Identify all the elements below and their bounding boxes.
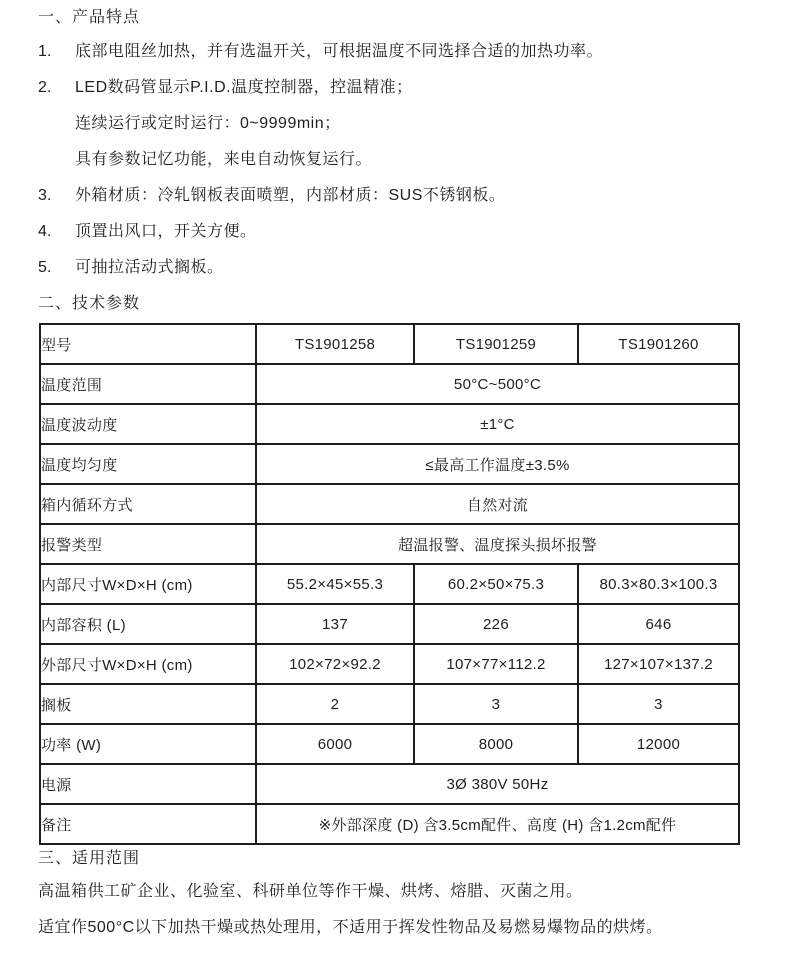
feature-item-2: 2. LED数码管显示P.I.D.温度控制器，控温精准； [38,80,762,96]
spec-value-cell: ±1°C [256,404,739,444]
table-row-power-supply: 电源 3Ø 380V 50Hz [40,764,739,804]
spec-value-cell: 8000 [414,724,578,764]
spec-value-cell: 自然对流 [256,484,739,524]
feature-item-4: 4. 顶置出风口，开关方便。 [38,224,762,240]
table-row-inner-volume: 内部容积 (L) 137 226 646 [40,604,739,644]
spec-value-cell: ※外部深度 (D) 含3.5cm配件、高度 (H) 含1.2cm配件 [256,804,739,844]
spec-label-cell: 温度均匀度 [40,444,256,484]
spec-value-cell: 55.2×45×55.3 [256,564,414,604]
spec-value-cell: 102×72×92.2 [256,644,414,684]
feature-text-continuation: 具有参数记忆功能，来电自动恢复运行。 [75,152,762,168]
table-row-power: 功率 (W) 6000 8000 12000 [40,724,739,764]
feature-text: 底部电阻丝加热，并有选温开关，可根据温度不同选择合适的加热功率。 [75,44,762,60]
table-row-circulation: 箱内循环方式 自然对流 [40,484,739,524]
spec-label-cell: 外部尺寸W×D×H (cm) [40,644,256,684]
spec-label-cell: 温度波动度 [40,404,256,444]
spec-label-cell: 温度范围 [40,364,256,404]
usage-paragraph-2: 适宜作500°C以下加热干燥或热处理用，不适用于挥发性物品及易燃易爆物品的烘烤。 [38,919,762,936]
table-row-shelves: 搁板 2 3 3 [40,684,739,724]
feature-text: 可抽拉活动式搁板。 [75,260,762,276]
feature-text: 外箱材质：冷轧钢板表面喷塑，内部材质：SUS不锈钢板。 [75,188,762,204]
spec-value-cell: 3 [414,684,578,724]
spec-label-cell: 功率 (W) [40,724,256,764]
spec-value-cell: TS1901258 [256,324,414,364]
feature-number: 5. [38,260,75,276]
table-row-model: 型号 TS1901258 TS1901259 TS1901260 [40,324,739,364]
feature-item-1: 1. 底部电阻丝加热，并有选温开关，可根据温度不同选择合适的加热功率。 [38,44,762,60]
feature-number: 4. [38,224,75,240]
table-row-inner-size: 内部尺寸W×D×H (cm) 55.2×45×55.3 60.2×50×75.3… [40,564,739,604]
spec-value-cell: 646 [578,604,739,644]
feature-item-5: 5. 可抽拉活动式搁板。 [38,260,762,276]
table-row-outer-size: 外部尺寸W×D×H (cm) 102×72×92.2 107×77×112.2 … [40,644,739,684]
table-row-alarm: 报警类型 超温报警、温度探头损坏报警 [40,524,739,564]
spec-label-cell: 型号 [40,324,256,364]
spec-value-cell: 80.3×80.3×100.3 [578,564,739,604]
feature-number: 1. [38,44,75,60]
spec-value-cell: 50°C~500°C [256,364,739,404]
spec-value-cell: 127×107×137.2 [578,644,739,684]
spec-label-cell: 箱内循环方式 [40,484,256,524]
table-row-remarks: 备注 ※外部深度 (D) 含3.5cm配件、高度 (H) 含1.2cm配件 [40,804,739,844]
spec-label-cell: 内部尺寸W×D×H (cm) [40,564,256,604]
spec-label-cell: 电源 [40,764,256,804]
usage-paragraph-1: 高温箱供工矿企业、化验室、科研单位等作干燥、烘烤、熔腊、灭菌之用。 [38,883,762,900]
feature-text-continuation: 连续运行或定时运行：0~9999min； [75,116,762,132]
spec-value-cell: TS1901260 [578,324,739,364]
spec-label-cell: 内部容积 (L) [40,604,256,644]
spec-label-cell: 报警类型 [40,524,256,564]
spec-value-cell: 2 [256,684,414,724]
product-spec-document: 一、产品特点 1. 底部电阻丝加热，并有选温开关，可根据温度不同选择合适的加热功… [0,0,800,968]
table-row-temp-fluctuation: 温度波动度 ±1°C [40,404,739,444]
spec-value-cell: 3Ø 380V 50Hz [256,764,739,804]
table-row-temp-range: 温度范围 50°C~500°C [40,364,739,404]
feature-text: 顶置出风口，开关方便。 [75,224,762,240]
spec-value-cell: ≤最高工作温度±3.5% [256,444,739,484]
feature-number: 3. [38,188,75,204]
spec-value-cell: 12000 [578,724,739,764]
spec-value-cell: 60.2×50×75.3 [414,564,578,604]
spec-label-cell: 备注 [40,804,256,844]
section2-heading: 二、技术参数 [38,296,762,312]
section1-heading: 一、产品特点 [38,10,762,26]
spec-value-cell: 137 [256,604,414,644]
table-row-temp-uniformity: 温度均匀度 ≤最高工作温度±3.5% [40,444,739,484]
spec-value-cell: 3 [578,684,739,724]
feature-item-3: 3. 外箱材质：冷轧钢板表面喷塑，内部材质：SUS不锈钢板。 [38,188,762,204]
spec-value-cell: 107×77×112.2 [414,644,578,684]
feature-number: 2. [38,80,75,96]
spec-value-cell: TS1901259 [414,324,578,364]
spec-label-cell: 搁板 [40,684,256,724]
feature-text: LED数码管显示P.I.D.温度控制器，控温精准； [75,80,762,96]
section3-heading: 三、适用范围 [38,851,762,867]
spec-value-cell: 226 [414,604,578,644]
spec-value-cell: 超温报警、温度探头损坏报警 [256,524,739,564]
spec-value-cell: 6000 [256,724,414,764]
spec-table: 型号 TS1901258 TS1901259 TS1901260 温度范围 50… [39,323,740,845]
